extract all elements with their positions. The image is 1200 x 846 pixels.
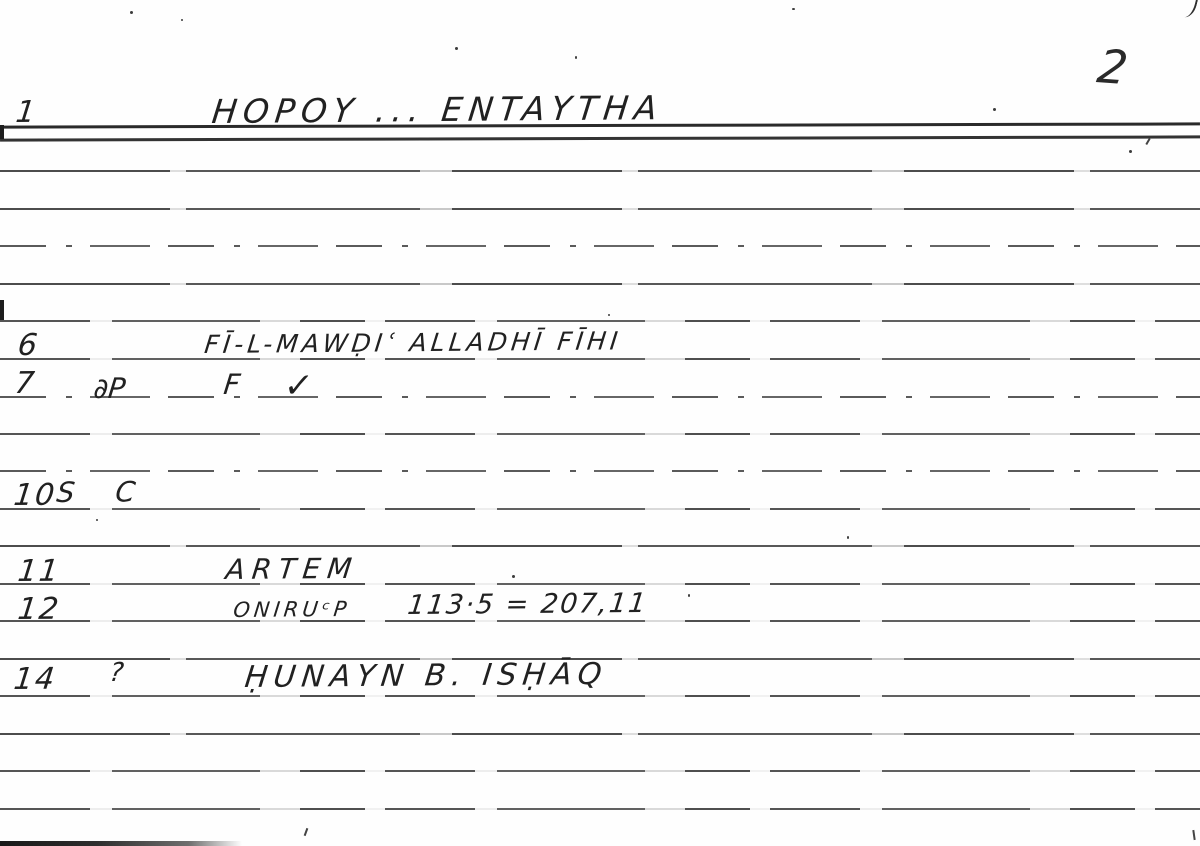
- scan-tick: [304, 828, 309, 836]
- entry-6-arabic-phrase: FĪ-L-MAWḌIʿ ALLADHĪ FĪHI: [203, 326, 623, 359]
- checkmark-icon: ✓: [282, 366, 315, 406]
- ruled-line: [0, 545, 1200, 547]
- scan-speck: [130, 11, 133, 14]
- ruled-line: [0, 770, 1200, 772]
- line-number-14: 14: [12, 662, 58, 697]
- entry-12-onirocr: ONIRUᶜP: [232, 597, 352, 622]
- ruled-line: [0, 170, 1200, 172]
- line-number-10: 10: [12, 478, 58, 513]
- line-number-7: 7: [13, 366, 38, 401]
- ruled-line: [0, 583, 1200, 585]
- entry-11-artem: ARTEM: [224, 552, 360, 586]
- ruled-line: [0, 808, 1200, 810]
- scan-speck: [512, 575, 515, 578]
- scan-speck: [792, 8, 795, 10]
- entry-7-letter: F: [222, 368, 242, 401]
- entry-7-annotation: ∂P: [92, 372, 127, 405]
- scan-tick: [1145, 138, 1150, 145]
- ruled-line: [0, 208, 1200, 210]
- scan-speck: [688, 594, 690, 597]
- scan-speck: [993, 108, 996, 111]
- scan-speck: [96, 519, 98, 521]
- entry-14-question-mark: ?: [108, 658, 125, 688]
- page-number: 2: [1094, 39, 1132, 95]
- line-number-6: 6: [16, 328, 41, 363]
- line-number-12: 12: [16, 592, 62, 627]
- scan-speck: [181, 19, 183, 21]
- ruled-line: [0, 695, 1200, 697]
- ruled-line: [0, 620, 1200, 622]
- scan-speck: [575, 56, 577, 59]
- entry-10-initials: S C: [55, 475, 153, 509]
- scan-speck: [608, 314, 610, 316]
- ruled-line: [0, 733, 1200, 735]
- ruled-line: [0, 396, 1200, 398]
- entry-1-greek-title: HOPOY ... ENTAYTHA: [210, 88, 665, 131]
- scan-edge-artifact: [0, 841, 242, 846]
- scan-edge-nub: [0, 125, 4, 139]
- scan-edge-nub: [0, 300, 4, 320]
- ruled-line: [0, 358, 1200, 360]
- scan-tick: [1192, 830, 1195, 840]
- entry-12-reference-numbers: 113·5 = 207,11: [406, 588, 649, 621]
- corner-pen-mark: [1180, 0, 1199, 19]
- ruled-line: [0, 470, 1200, 472]
- scan-speck: [1129, 150, 1132, 153]
- ruled-line: [0, 508, 1200, 510]
- line-number-11: 11: [16, 554, 62, 589]
- line-number-1: 1: [14, 95, 39, 130]
- ruled-line: [0, 245, 1200, 247]
- ruled-line: [0, 283, 1200, 285]
- scanned-notebook-page: 2 1 HOPOY ... ENTAYTHA 6 FĪ-L-MAWḌIʿ ALL…: [0, 0, 1200, 846]
- entry-14-hunayn: ḤUNAYN B. ISḤĀQ: [243, 657, 609, 695]
- ruled-line: [0, 433, 1200, 435]
- scan-speck: [847, 536, 849, 539]
- scan-speck: [455, 47, 458, 50]
- ruled-line: [0, 320, 1200, 322]
